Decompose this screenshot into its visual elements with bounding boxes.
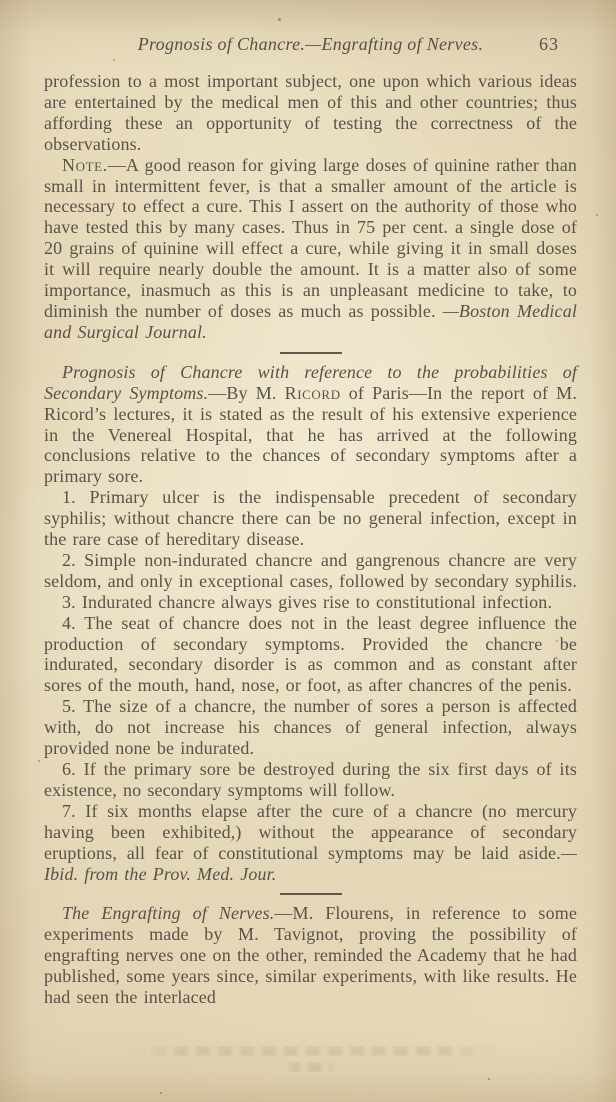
note-label: Note.: [62, 155, 108, 175]
paper-speck: [488, 1078, 490, 1080]
article-title: The Engrafting of Nerves.: [62, 903, 274, 923]
byline-pre: —By M.: [208, 383, 284, 403]
paper-speck: [278, 18, 281, 21]
author-name: Ricord: [285, 383, 341, 403]
page-bleed-through: [130, 1046, 500, 1056]
paper-speck: [113, 59, 115, 61]
list-item-3: 3. Indurated chancre always gives rise t…: [44, 592, 577, 613]
section-divider: [280, 352, 342, 354]
paragraph-engrafting: The Engrafting of Nerves.—M. Flourens, i…: [44, 903, 577, 1008]
list-item-6: 6. If the primary sore be destroyed duri…: [44, 759, 577, 801]
list-item-5: 5. The size of a chancre, the number of …: [44, 696, 577, 759]
running-title: Prognosis of Chancre.—Engrafting of Nerv…: [138, 34, 484, 54]
paragraph-continuation: profession to a most important subject, …: [44, 71, 577, 155]
section-divider: [280, 893, 342, 895]
paper-speck: [38, 760, 40, 762]
note-body: —A good reason for giving large doses of…: [44, 155, 577, 321]
scanned-journal-page: Prognosis of Chancre.—Engrafting of Nerv…: [0, 0, 616, 1102]
paragraph-note: Note.—A good reason for giving large dos…: [44, 155, 577, 343]
text-run: 5. The size of a chancre, the number of …: [44, 696, 577, 758]
list-item-1: 1. Primary ulcer is the indispensable pr…: [44, 487, 577, 550]
list-item-2: 2. Simple non-indurated chancre and gang…: [44, 550, 577, 592]
text-run: 4. The seat of chancre does not in the l…: [44, 613, 577, 696]
paper-speck: [596, 214, 598, 216]
running-header: Prognosis of Chancre.—Engrafting of Nerv…: [44, 34, 577, 55]
page-bleed-through: [286, 1062, 336, 1072]
text-run: 2. Simple non-indurated chancre and gang…: [44, 550, 577, 591]
text-run: 1. Primary ulcer is the indispensable pr…: [44, 487, 577, 549]
list-item-4: 4. The seat of chancre does not in the l…: [44, 613, 577, 697]
page-body: profession to a most important subject, …: [44, 71, 577, 1008]
text-run: profession to a most important subject, …: [44, 71, 577, 154]
paragraph-ricord-report: Prognosis of Chancre with reference to t…: [44, 362, 577, 487]
text-run: 6. If the primary sore be destroyed duri…: [44, 759, 577, 800]
list-item-7: 7. If six months elapse after the cure o…: [44, 801, 577, 885]
paper-speck: [556, 640, 558, 642]
text-run: 3. Indurated chancre always gives rise t…: [62, 592, 552, 612]
page-number: 63: [539, 34, 559, 55]
text-run: 7. If six months elapse after the cure o…: [44, 801, 577, 863]
paper-speck: [160, 1092, 162, 1094]
